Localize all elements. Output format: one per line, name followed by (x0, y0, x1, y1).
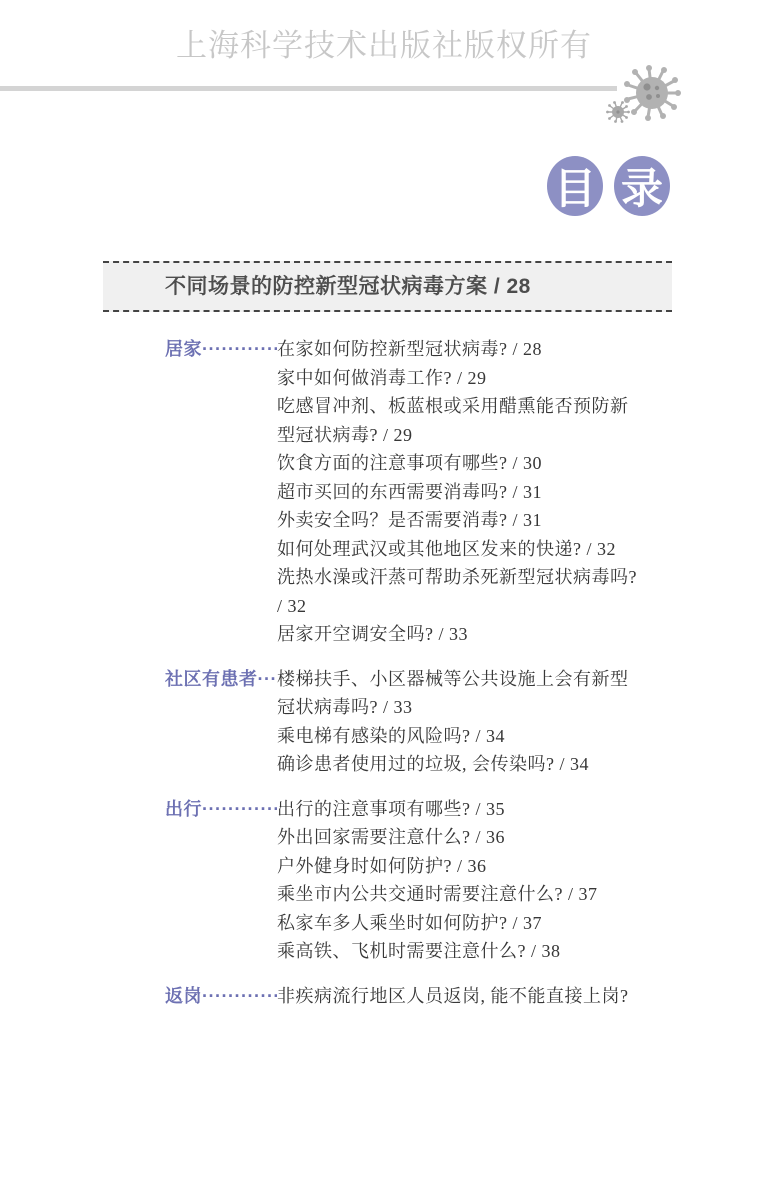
toc-title-char-1: 目 (547, 156, 603, 216)
section-items: 在家如何防控新型冠状病毒? / 28家中如何做消毒工作? / 29吃感冒冲剂、板… (277, 335, 645, 649)
toc-section: 社区有患者··· 楼梯扶手、小区器械等公共设施上会有新型冠状病毒吗? / 33乘… (165, 665, 645, 779)
toc-section: 出行············ 出行的注意事项有哪些? / 35外出回家需要注意什… (165, 795, 645, 966)
section-label-text: 返岗 (165, 986, 202, 1006)
toc-entry: 饮食方面的注意事项有哪些? / 30 (277, 449, 645, 478)
toc-entry: 在家如何防控新型冠状病毒? / 28 (277, 335, 645, 364)
section-items: 楼梯扶手、小区器械等公共设施上会有新型冠状病毒吗? / 33乘电梯有感染的风险吗… (277, 665, 645, 779)
section-label: 出行············ (165, 795, 277, 824)
dot-leader: ··· (258, 669, 277, 689)
section-label-text: 社区有患者 (165, 669, 258, 689)
toc-entry: 非疾病流行地区人员返岗, 能不能直接上岗? (277, 982, 645, 1011)
virus-icon (598, 56, 690, 130)
toc-entry: 乘电梯有感染的风险吗? / 34 (277, 722, 645, 751)
section-items: 出行的注意事项有哪些? / 35外出回家需要注意什么? / 36户外健身时如何防… (277, 795, 645, 966)
toc-entry: 私家车多人乘坐时如何防护? / 37 (277, 909, 645, 938)
toc-entry: 吃感冒冲剂、板蓝根或采用醋熏能否预防新型冠状病毒? / 29 (277, 392, 645, 449)
toc-entry: 超市买回的东西需要消毒吗? / 31 (277, 478, 645, 507)
toc-entry: 出行的注意事项有哪些? / 35 (277, 795, 645, 824)
toc-entry: 外卖安全吗？是否需要消毒? / 31 (277, 506, 645, 535)
toc: 居家············ 在家如何防控新型冠状病毒? / 28家中如何做消毒… (165, 335, 645, 1026)
section-label: 社区有患者··· (165, 665, 277, 694)
toc-entry: 确诊患者使用过的垃圾, 会传染吗? / 34 (277, 750, 645, 779)
section-label-text: 居家 (165, 339, 202, 359)
toc-entry: 洗热水澡或汗蒸可帮助杀死新型冠状病毒吗? / 32 (277, 563, 645, 620)
toc-entry: 外出回家需要注意什么? / 36 (277, 823, 645, 852)
chapter-heading-box: 不同场景的防控新型冠状病毒方案 / 28 (103, 261, 672, 312)
toc-title-char-2: 录 (614, 156, 670, 216)
toc-section: 居家············ 在家如何防控新型冠状病毒? / 28家中如何做消毒… (165, 335, 645, 649)
toc-entry: 户外健身时如何防护? / 36 (277, 852, 645, 881)
divider-rule (0, 86, 617, 91)
toc-section: 返岗············ 非疾病流行地区人员返岗, 能不能直接上岗? (165, 982, 645, 1011)
toc-title: 目 录 (547, 156, 670, 216)
dot-leader: ············ (202, 339, 277, 359)
virus-small-spot (616, 110, 619, 113)
virus-icons (598, 56, 690, 130)
toc-entry: 楼梯扶手、小区器械等公共设施上会有新型冠状病毒吗? / 33 (277, 665, 645, 722)
toc-entry: 居家开空调安全吗? / 33 (277, 620, 645, 649)
section-items: 非疾病流行地区人员返岗, 能不能直接上岗? (277, 982, 645, 1011)
toc-entry: 乘坐市内公共交通时需要注意什么? / 37 (277, 880, 645, 909)
toc-entry: 家中如何做消毒工作? / 29 (277, 364, 645, 393)
toc-entry: 乘高铁、飞机时需要注意什么? / 38 (277, 937, 645, 966)
section-label: 居家············ (165, 335, 277, 364)
toc-entry: 如何处理武汉或其他地区发来的快递? / 32 (277, 535, 645, 564)
dot-leader: ············ (202, 799, 277, 819)
section-label-text: 出行 (165, 799, 202, 819)
book-page: 上海科学技术出版社版权所有 (0, 0, 768, 1177)
chapter-heading-text: 不同场景的防控新型冠状病毒方案 / 28 (165, 275, 531, 298)
dot-leader: ············ (202, 986, 277, 1006)
section-label: 返岗············ (165, 982, 277, 1011)
